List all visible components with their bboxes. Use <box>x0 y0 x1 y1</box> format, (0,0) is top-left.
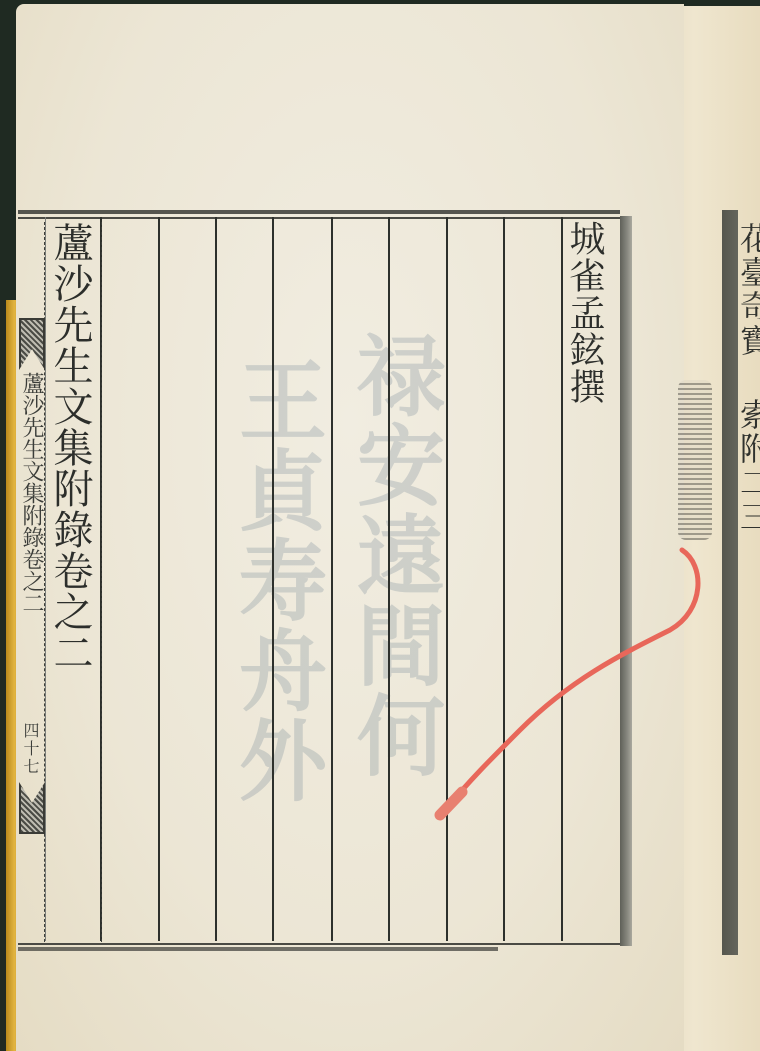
bookmark-string <box>0 0 760 1051</box>
